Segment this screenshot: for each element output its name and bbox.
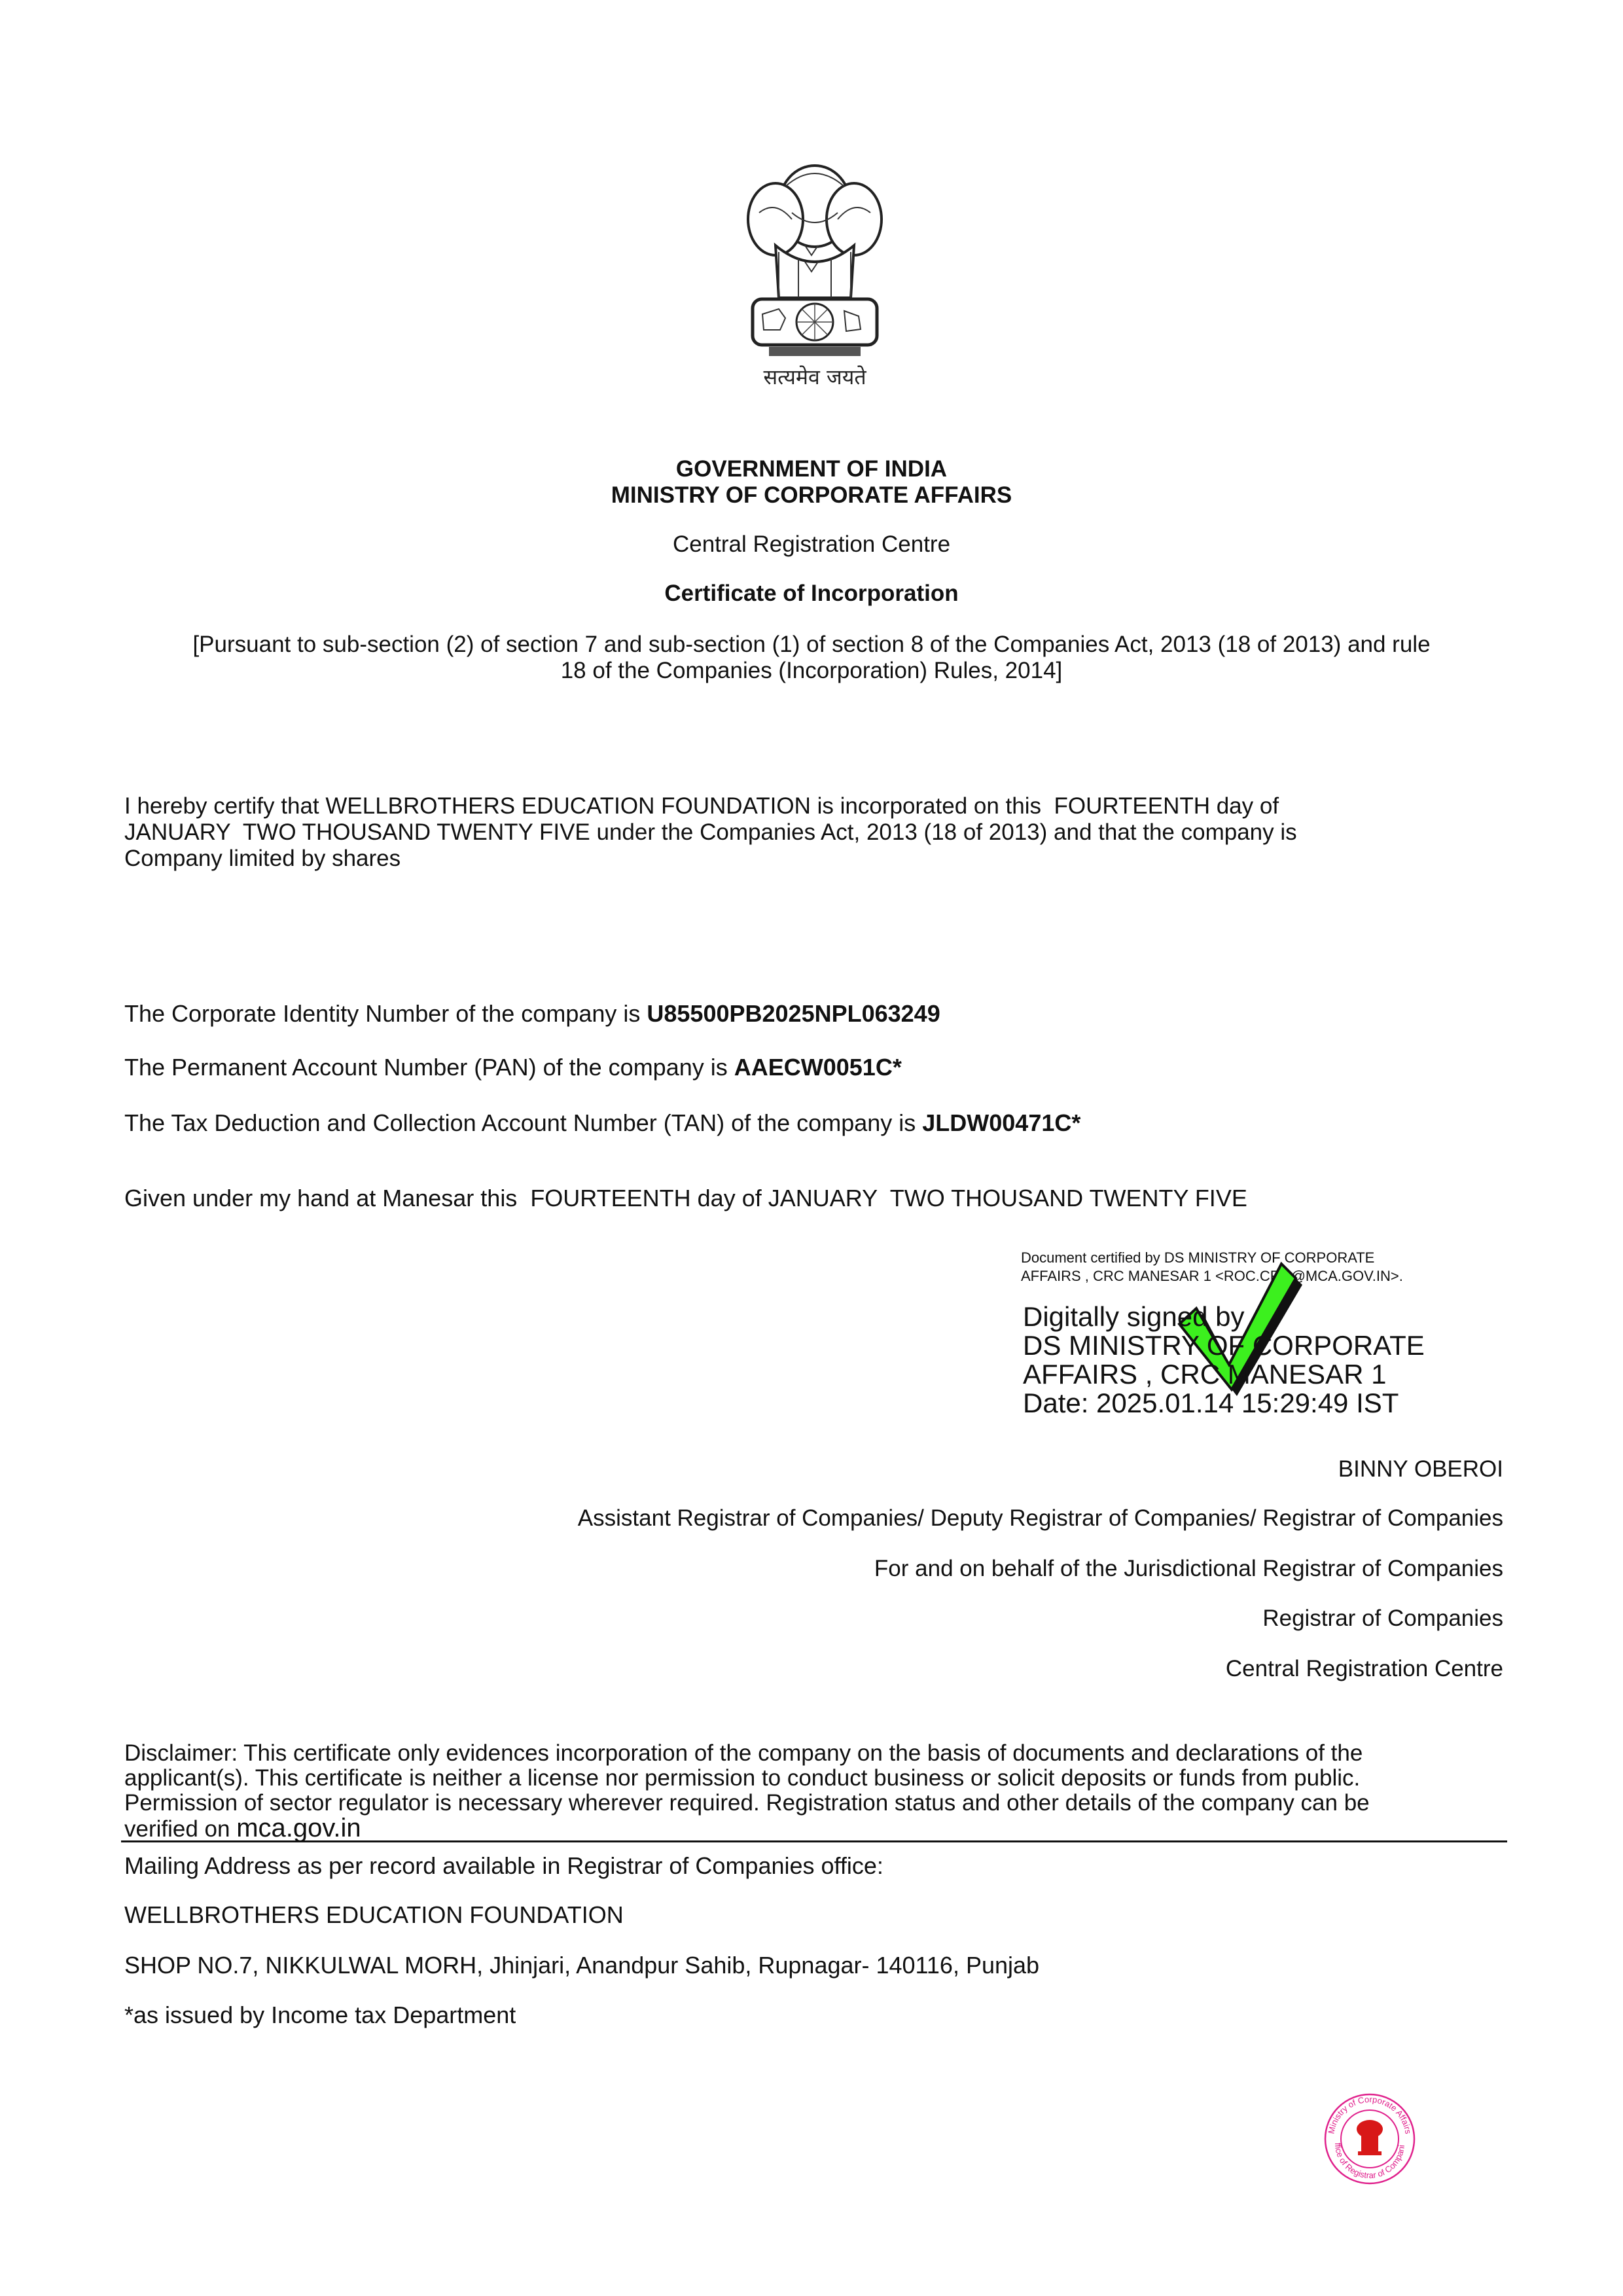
disclaimer: Disclaimer: This certificate only eviden… — [124, 1741, 1505, 1842]
signature-date: Date: 2025.01.14 15:29:49 IST — [1023, 1389, 1425, 1418]
signatory-behalf: For and on behalf of the Jurisdictional … — [874, 1556, 1503, 1582]
signatory-title: Assistant Registrar of Companies/ Deputy… — [578, 1505, 1503, 1532]
centre-label: Central Registration Centre — [0, 531, 1623, 558]
pan-value: AAECW0051C* — [734, 1054, 902, 1081]
tan-value: JLDW00471C* — [922, 1109, 1080, 1136]
government-header: GOVERNMENT OF INDIA MINISTRY OF CORPORAT… — [0, 456, 1623, 509]
cin-value: U85500PB2025NPL063249 — [647, 1000, 940, 1027]
roc-office-seal-icon: Ministry of Corporate Affairs Office of … — [1321, 2091, 1419, 2186]
digital-signature-text: Digitally signed by DS MINISTRY OF CORPO… — [1023, 1302, 1425, 1418]
divider — [121, 1840, 1507, 1842]
tan-line: The Tax Deduction and Collection Account… — [124, 1109, 1080, 1137]
pan-line: The Permanent Account Number (PAN) of th… — [124, 1054, 902, 1081]
state-emblem-of-india-icon: सत्यमेव जयते — [740, 147, 890, 403]
signatory-name: BINNY OBEROI — [1338, 1456, 1503, 1482]
svg-text:सत्यमेव जयते: सत्यमेव जयते — [763, 365, 866, 389]
pan-tan-footnote: *as issued by Income tax Department — [124, 2001, 516, 2029]
signatory-office: Registrar of Companies — [1262, 1605, 1503, 1632]
mailing-address-label: Mailing Address as per record available … — [124, 1852, 883, 1880]
cin-line: The Corporate Identity Number of the com… — [124, 1000, 940, 1028]
mca-website-link[interactable]: mca.gov.in — [236, 1814, 361, 1842]
signatory-centre: Central Registration Centre — [1226, 1656, 1503, 1682]
given-under-hand: Given under my hand at Manesar this FOUR… — [124, 1185, 1247, 1212]
roc-seal: Ministry of Corporate Affairs Office of … — [1321, 2091, 1419, 2186]
pan-label: The Permanent Account Number (PAN) of th… — [124, 1054, 734, 1081]
certificate-title: Certificate of Incorporation — [0, 581, 1623, 607]
certification-paragraph: I hereby certify that WELLBROTHERS EDUCA… — [124, 793, 1499, 872]
ministry-title: MINISTRY OF CORPORATE AFFAIRS — [0, 482, 1623, 509]
pursuant-clause: [Pursuant to sub-section (2) of section … — [0, 632, 1623, 684]
state-emblem: सत्यमेव जयते — [740, 147, 890, 403]
tan-label: The Tax Deduction and Collection Account… — [124, 1109, 922, 1136]
mailing-company-name: WELLBROTHERS EDUCATION FOUNDATION — [124, 1901, 624, 1929]
government-title: GOVERNMENT OF INDIA — [0, 456, 1623, 482]
cin-label: The Corporate Identity Number of the com… — [124, 1000, 647, 1027]
mailing-address: SHOP NO.7, NIKKULWAL MORH, Jhinjari, Ana… — [124, 1952, 1039, 1979]
